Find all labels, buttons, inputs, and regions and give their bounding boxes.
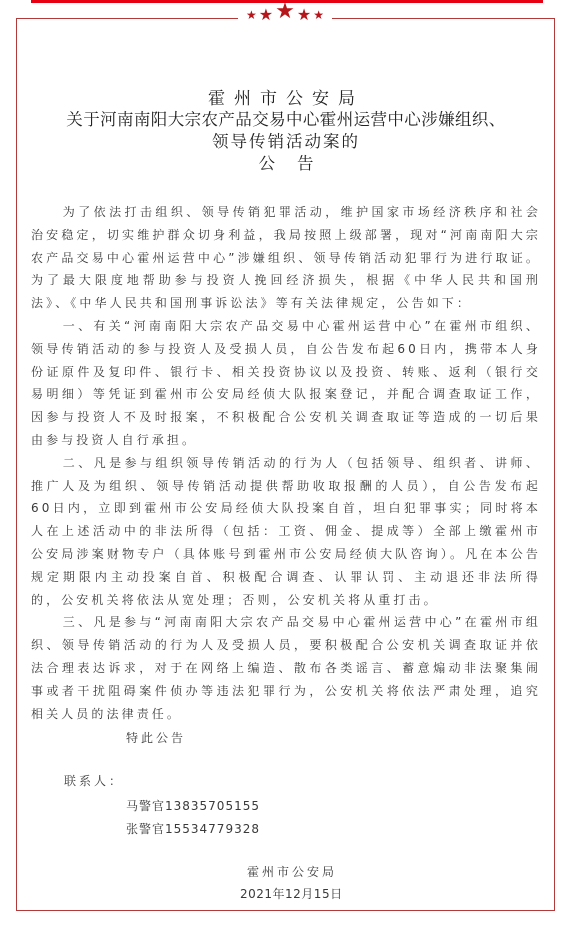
contact-zhang: 张警官15534779328 [126, 820, 260, 837]
notice-body: 为了依法打击组织、领导传销犯罪活动，维护国家市场经济秩序和社会治安稳定，切实维护… [31, 201, 541, 725]
star-icon: ★ [275, 1, 295, 23]
contacts-label: 联系人： [64, 772, 124, 789]
signature-date: 2021年12月15日 [240, 885, 343, 902]
star-icon: ★ [259, 7, 273, 23]
paragraph-item-2: 二、凡是参与组织领导传销活动的行为人（包括领导、组织者、讲师、推广人及为组织、领… [31, 452, 541, 612]
notice-heading: 公告 [0, 150, 572, 174]
title-line-1: 关于河南南阳大宗农产品交易中心霍州运营中心涉嫌组织、 [0, 106, 572, 130]
closing-remark: 特此公告 [126, 729, 186, 746]
star-icon: ★ [246, 9, 257, 21]
paragraph-item-1: 一、有关“河南南阳大宗农产品交易中心霍州运营中心”在霍州市组织、领导传销活动的参… [31, 315, 541, 452]
paragraph-item-3: 三、凡是参与“河南南阳大宗农产品交易中心霍州运营中心”在霍州市组织、领导传销活动… [31, 611, 541, 725]
signature-org: 霍州市公安局 [247, 863, 337, 880]
paragraph-intro: 为了依法打击组织、领导传销犯罪活动，维护国家市场经济秩序和社会治安稳定，切实维护… [31, 201, 541, 315]
star-icon: ★ [297, 7, 311, 23]
star-ornament: ★ ★ ★ ★ ★ [238, 4, 332, 26]
contact-ma: 马警官13835705155 [126, 797, 260, 814]
title-line-2: 领导传销活动案的 [0, 128, 572, 152]
star-icon: ★ [313, 9, 324, 21]
